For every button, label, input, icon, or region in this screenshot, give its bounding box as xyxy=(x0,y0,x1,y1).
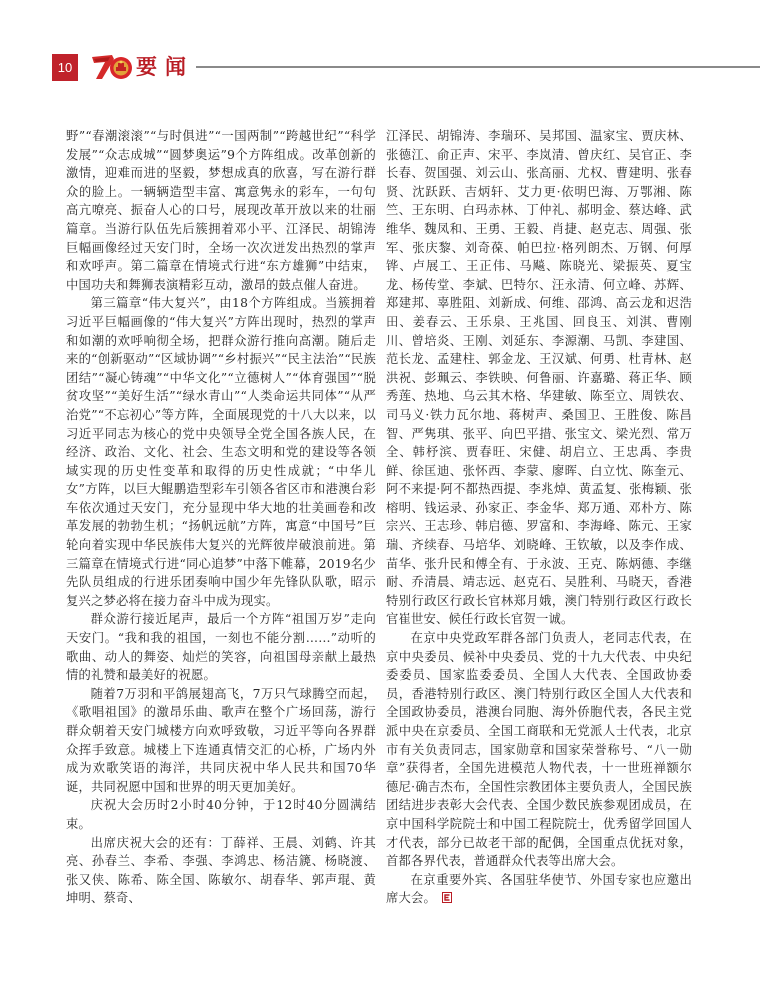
article-paragraph-text: 在京重要外宾、各国驻华使节、外国专家也应邀出席大会。 xyxy=(386,873,692,906)
article-paragraph: 群众游行接近尾声，最后一个方阵“祖国万岁”走向天安门。“我和我的祖国，一刻也不能… xyxy=(66,610,376,684)
page-header: 10 要闻 xyxy=(0,0,760,110)
section-title: 要闻 xyxy=(136,52,194,82)
article-paragraph: 野”“春潮滚滚”“与时俱进”“一国两制”“跨越世纪”“科学发展”“众志成城”“圆… xyxy=(66,127,376,294)
article-left-column: 野”“春潮滚滚”“与时俱进”“一国两制”“跨越世纪”“科学发展”“众志成城”“圆… xyxy=(66,127,376,908)
article-right-column: 江泽民、胡锦涛、李瑞环、吴邦国、温家宝、贾庆林、张德江、俞正声、宋平、李岚清、曾… xyxy=(386,127,692,908)
article-paragraph: 出席庆祝大会的还有：丁薛祥、王晨、刘鹤、许其亮、孙春兰、李希、李强、李鸿忠、杨洁… xyxy=(66,834,376,908)
70th-anniversary-logo-icon xyxy=(90,53,134,81)
page-number: 10 xyxy=(52,54,78,81)
article-paragraph: 江泽民、胡锦涛、李瑞环、吴邦国、温家宝、贾庆林、张德江、俞正声、宋平、李岚清、曾… xyxy=(386,127,692,629)
article-paragraph: 随着7万羽和平鸽展翅高飞，7万只气球腾空而起，《歌唱祖国》的激昂乐曲、歌声在整个… xyxy=(66,685,376,797)
article-paragraph: 庆祝大会历时2小时40分钟，于12时40分圆满结束。 xyxy=(66,796,376,833)
end-of-article-icon xyxy=(442,892,452,903)
header-divider xyxy=(196,66,760,68)
article-paragraph-final: 在京重要外宾、各国驻华使节、外国专家也应邀出席大会。 xyxy=(386,871,692,908)
article-paragraph: 在京中央党政军群各部门负责人，老同志代表，在京中央委员、候补中央委员、党的十九大… xyxy=(386,629,692,871)
article-paragraph: 第三篇章“伟大复兴”，由18个方阵组成。当簇拥着习近平巨幅画像的“伟大复兴”方阵… xyxy=(66,294,376,610)
